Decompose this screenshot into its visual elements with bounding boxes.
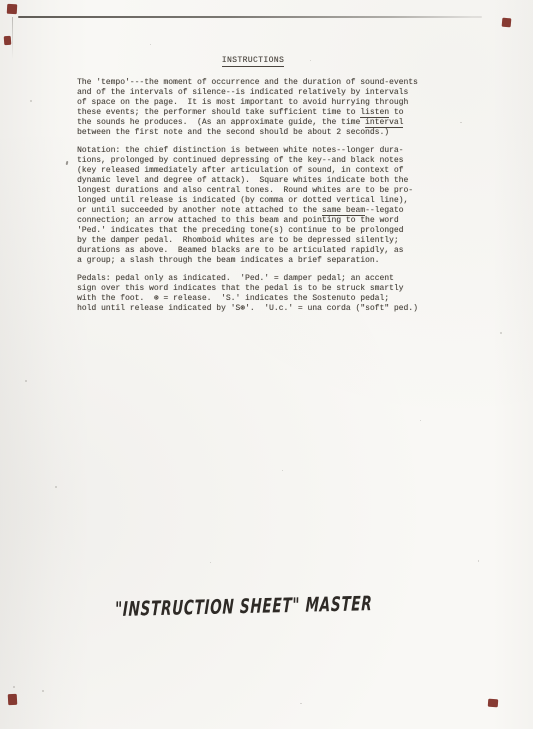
typed-line: durations as above. Beamed blacks are to… [77, 246, 429, 256]
typed-text: a group; a slash through the beam indica… [77, 256, 379, 265]
page-title: INSTRUCTIONS [77, 56, 429, 66]
typed-text: (key released immediately after articula… [77, 166, 403, 175]
typed-text: hold until release indicated by 'S⊛'. 'U… [77, 304, 418, 313]
typed-line: dynamic level and degree of attack). Squ… [77, 176, 429, 186]
underlined-text: listen [360, 108, 389, 118]
typed-text: longest durations and also central tones… [77, 186, 413, 195]
typed-text: The 'tempo'---the moment of occurrence a… [77, 78, 418, 87]
typed-text: dynamic level and degree of attack). Squ… [77, 176, 408, 185]
typed-text: durations as above. Beamed blacks are to… [77, 246, 403, 255]
paper-speck [30, 100, 32, 102]
typed-text: or until succeeded by another note attac… [77, 206, 322, 215]
typed-text: longed until release is indicated (by co… [77, 196, 408, 205]
paragraph: The 'tempo'---the moment of occurrence a… [77, 78, 429, 138]
typed-text: --legato [365, 206, 403, 215]
typed-line: (key released immediately after articula… [77, 166, 429, 176]
underlined-text: same beam [322, 206, 365, 216]
typed-text: connection; an arrow attached to this be… [77, 216, 399, 225]
registration-mark-left-upper [4, 36, 12, 45]
paragraph: Pedals: pedal only as indicated. 'Ped.' … [77, 274, 429, 314]
typed-line: tions, prolonged by continued depressing… [77, 156, 429, 166]
paper-speck [460, 122, 462, 123]
typed-text: of space on the page. It is most importa… [77, 98, 408, 107]
typed-text: 'Ped.' indicates that the preceding tone… [77, 226, 403, 235]
registration-mark-bottom-left [8, 694, 18, 705]
typed-text: sign over this word indicates that the p… [77, 284, 403, 293]
paper-speck [42, 690, 44, 692]
paper-speck [420, 420, 421, 421]
typed-content: INSTRUCTIONS The 'tempo'---the moment of… [77, 56, 429, 314]
typed-text: to [389, 108, 403, 117]
typed-line: and of the intervals of silence--is indi… [77, 88, 429, 98]
typed-text: Notation: the chief distinction is betwe… [77, 146, 403, 155]
paper-speck [25, 380, 27, 382]
underlined-text: interval [365, 118, 403, 128]
typed-line: by the damper pedal. Rhomboid whites are… [77, 236, 429, 246]
typed-line: these events; the performer should take … [77, 108, 429, 118]
ink-stray-mark [66, 161, 69, 165]
typed-text: tions, prolonged by continued depressing… [77, 156, 403, 165]
paper-speck [365, 252, 366, 253]
typed-line: The 'tempo'---the moment of occurrence a… [77, 78, 429, 88]
typed-line: or until succeeded by another note attac… [77, 206, 429, 216]
typed-line: longest durations and also central tones… [77, 186, 429, 196]
typed-text: between the first note and the second sh… [77, 128, 389, 137]
typed-line: connection; an arrow attached to this be… [77, 216, 429, 226]
typed-line: longed until release is indicated (by co… [77, 196, 429, 206]
paper-speck [150, 44, 151, 45]
registration-mark-top-left [7, 4, 18, 15]
typed-line: sign over this word indicates that the p… [77, 284, 429, 294]
typed-body: The 'tempo'---the moment of occurrence a… [77, 78, 429, 314]
paper-speck [310, 60, 311, 61]
scanned-instruction-sheet: { "document": { "title": "INSTRUCTIONS",… [0, 0, 533, 729]
registration-mark-top-right [502, 18, 512, 28]
typed-line: a group; a slash through the beam indica… [77, 256, 429, 266]
typed-text: by the damper pedal. Rhomboid whites are… [77, 236, 399, 245]
paper-speck [478, 560, 479, 562]
scanned-page-top-edge [18, 16, 482, 18]
typed-text: Pedals: pedal only as indicated. 'Ped.' … [77, 274, 394, 283]
handwritten-label: "INSTRUCTION SHEET" MASTER [115, 590, 373, 622]
scanned-page-left-edge [12, 17, 13, 59]
typed-line: Notation: the chief distinction is betwe… [77, 146, 429, 156]
typed-text: with the foot. ⊛ = release. 'S.' indicat… [77, 294, 389, 303]
typed-text: and of the intervals of silence--is indi… [77, 88, 408, 97]
typed-line: with the foot. ⊛ = release. 'S.' indicat… [77, 294, 429, 304]
paper-speck [500, 332, 502, 334]
paper-speck [282, 470, 283, 471]
paper-speck [13, 686, 15, 688]
typed-line: of space on the page. It is most importa… [77, 98, 429, 108]
typed-line: the sounds he produces. (As an approxima… [77, 118, 429, 128]
typed-line: between the first note and the second sh… [77, 128, 429, 138]
paragraph: Notation: the chief distinction is betwe… [77, 146, 429, 266]
registration-mark-bottom-right [488, 699, 499, 708]
paper-speck [210, 562, 211, 563]
typed-line: 'Ped.' indicates that the preceding tone… [77, 226, 429, 236]
paper-speck [55, 486, 57, 488]
typed-text: these events; the performer should take … [77, 108, 360, 117]
typed-line: Pedals: pedal only as indicated. 'Ped.' … [77, 274, 429, 284]
typed-line: hold until release indicated by 'S⊛'. 'U… [77, 304, 429, 314]
paper-speck [300, 703, 302, 704]
typed-text: the sounds he produces. (As an approxima… [77, 118, 365, 127]
